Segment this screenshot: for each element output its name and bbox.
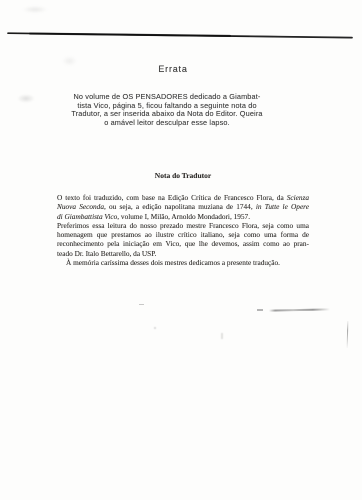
scan-artifact-small-dash xyxy=(139,304,144,305)
text-segment: O texto foi traduzido, com base na Ediçã… xyxy=(57,193,287,202)
italic-text-segment: Nuova Seconda xyxy=(57,202,104,211)
scan-artifact-dot xyxy=(221,333,223,339)
errata-heading: Errata xyxy=(63,64,283,74)
text-segment: , volume I, Milão, Arnoldo Mondadori, 19… xyxy=(117,212,250,221)
text-segment: , ou seja, a edição napolitana muziana d… xyxy=(104,202,256,211)
text-line: homenagem que prestamos ao ilustre críti… xyxy=(57,230,309,239)
italic-text-segment: in Tutte le Opere xyxy=(256,202,309,211)
italic-text-segment: di Giambattista Vico xyxy=(57,212,117,221)
text-segment: teado Dr. Italo Bettarello, da USP. xyxy=(57,249,156,258)
text-line: di Giambattista Vico, volume I, Milão, A… xyxy=(57,212,309,221)
text-line: Nuova Seconda, ou seja, a edição napolit… xyxy=(57,202,309,211)
text-line: o amável leitor desculpar esse lapso. xyxy=(59,119,275,128)
text-line: teado Dr. Italo Bettarello, da USP. xyxy=(57,249,309,258)
scan-artifact-dash xyxy=(257,309,263,311)
text-segment: Preferimos essa leitura do nosso prezado… xyxy=(57,221,309,230)
text-segment: homenagem que prestamos ao ilustre críti… xyxy=(57,230,309,239)
text-line: reconhecimento pela iniciação em Vico, q… xyxy=(57,239,309,248)
book-page-scan: Errata No volume de OS PENSADORES dedica… xyxy=(0,0,362,500)
scan-artifact-smudge xyxy=(17,94,35,103)
scan-artifact-vertical-line xyxy=(346,321,348,348)
errata-paragraph: No volume de OS PENSADORES dedicado a Gi… xyxy=(59,93,275,127)
italic-text-segment: Scienza xyxy=(287,193,309,202)
text-line: O texto foi traduzido, com base na Ediçã… xyxy=(57,193,309,202)
scan-artifact-streak xyxy=(269,308,330,311)
scan-fold-line xyxy=(0,0,362,50)
text-line: À memória caríssima desses dois mestres … xyxy=(57,258,309,267)
text-line: Preferimos essa leitura do nosso prezado… xyxy=(57,221,309,230)
scan-artifact-dot xyxy=(154,327,156,329)
text-segment: reconhecimento pela iniciação em Vico, q… xyxy=(57,239,309,248)
text-segment: À memória caríssima desses dois mestres … xyxy=(66,258,280,267)
translator-note-heading: Nota do Tradutor xyxy=(57,171,309,180)
translator-note-text: O texto foi traduzido, com base na Ediçã… xyxy=(57,193,309,267)
